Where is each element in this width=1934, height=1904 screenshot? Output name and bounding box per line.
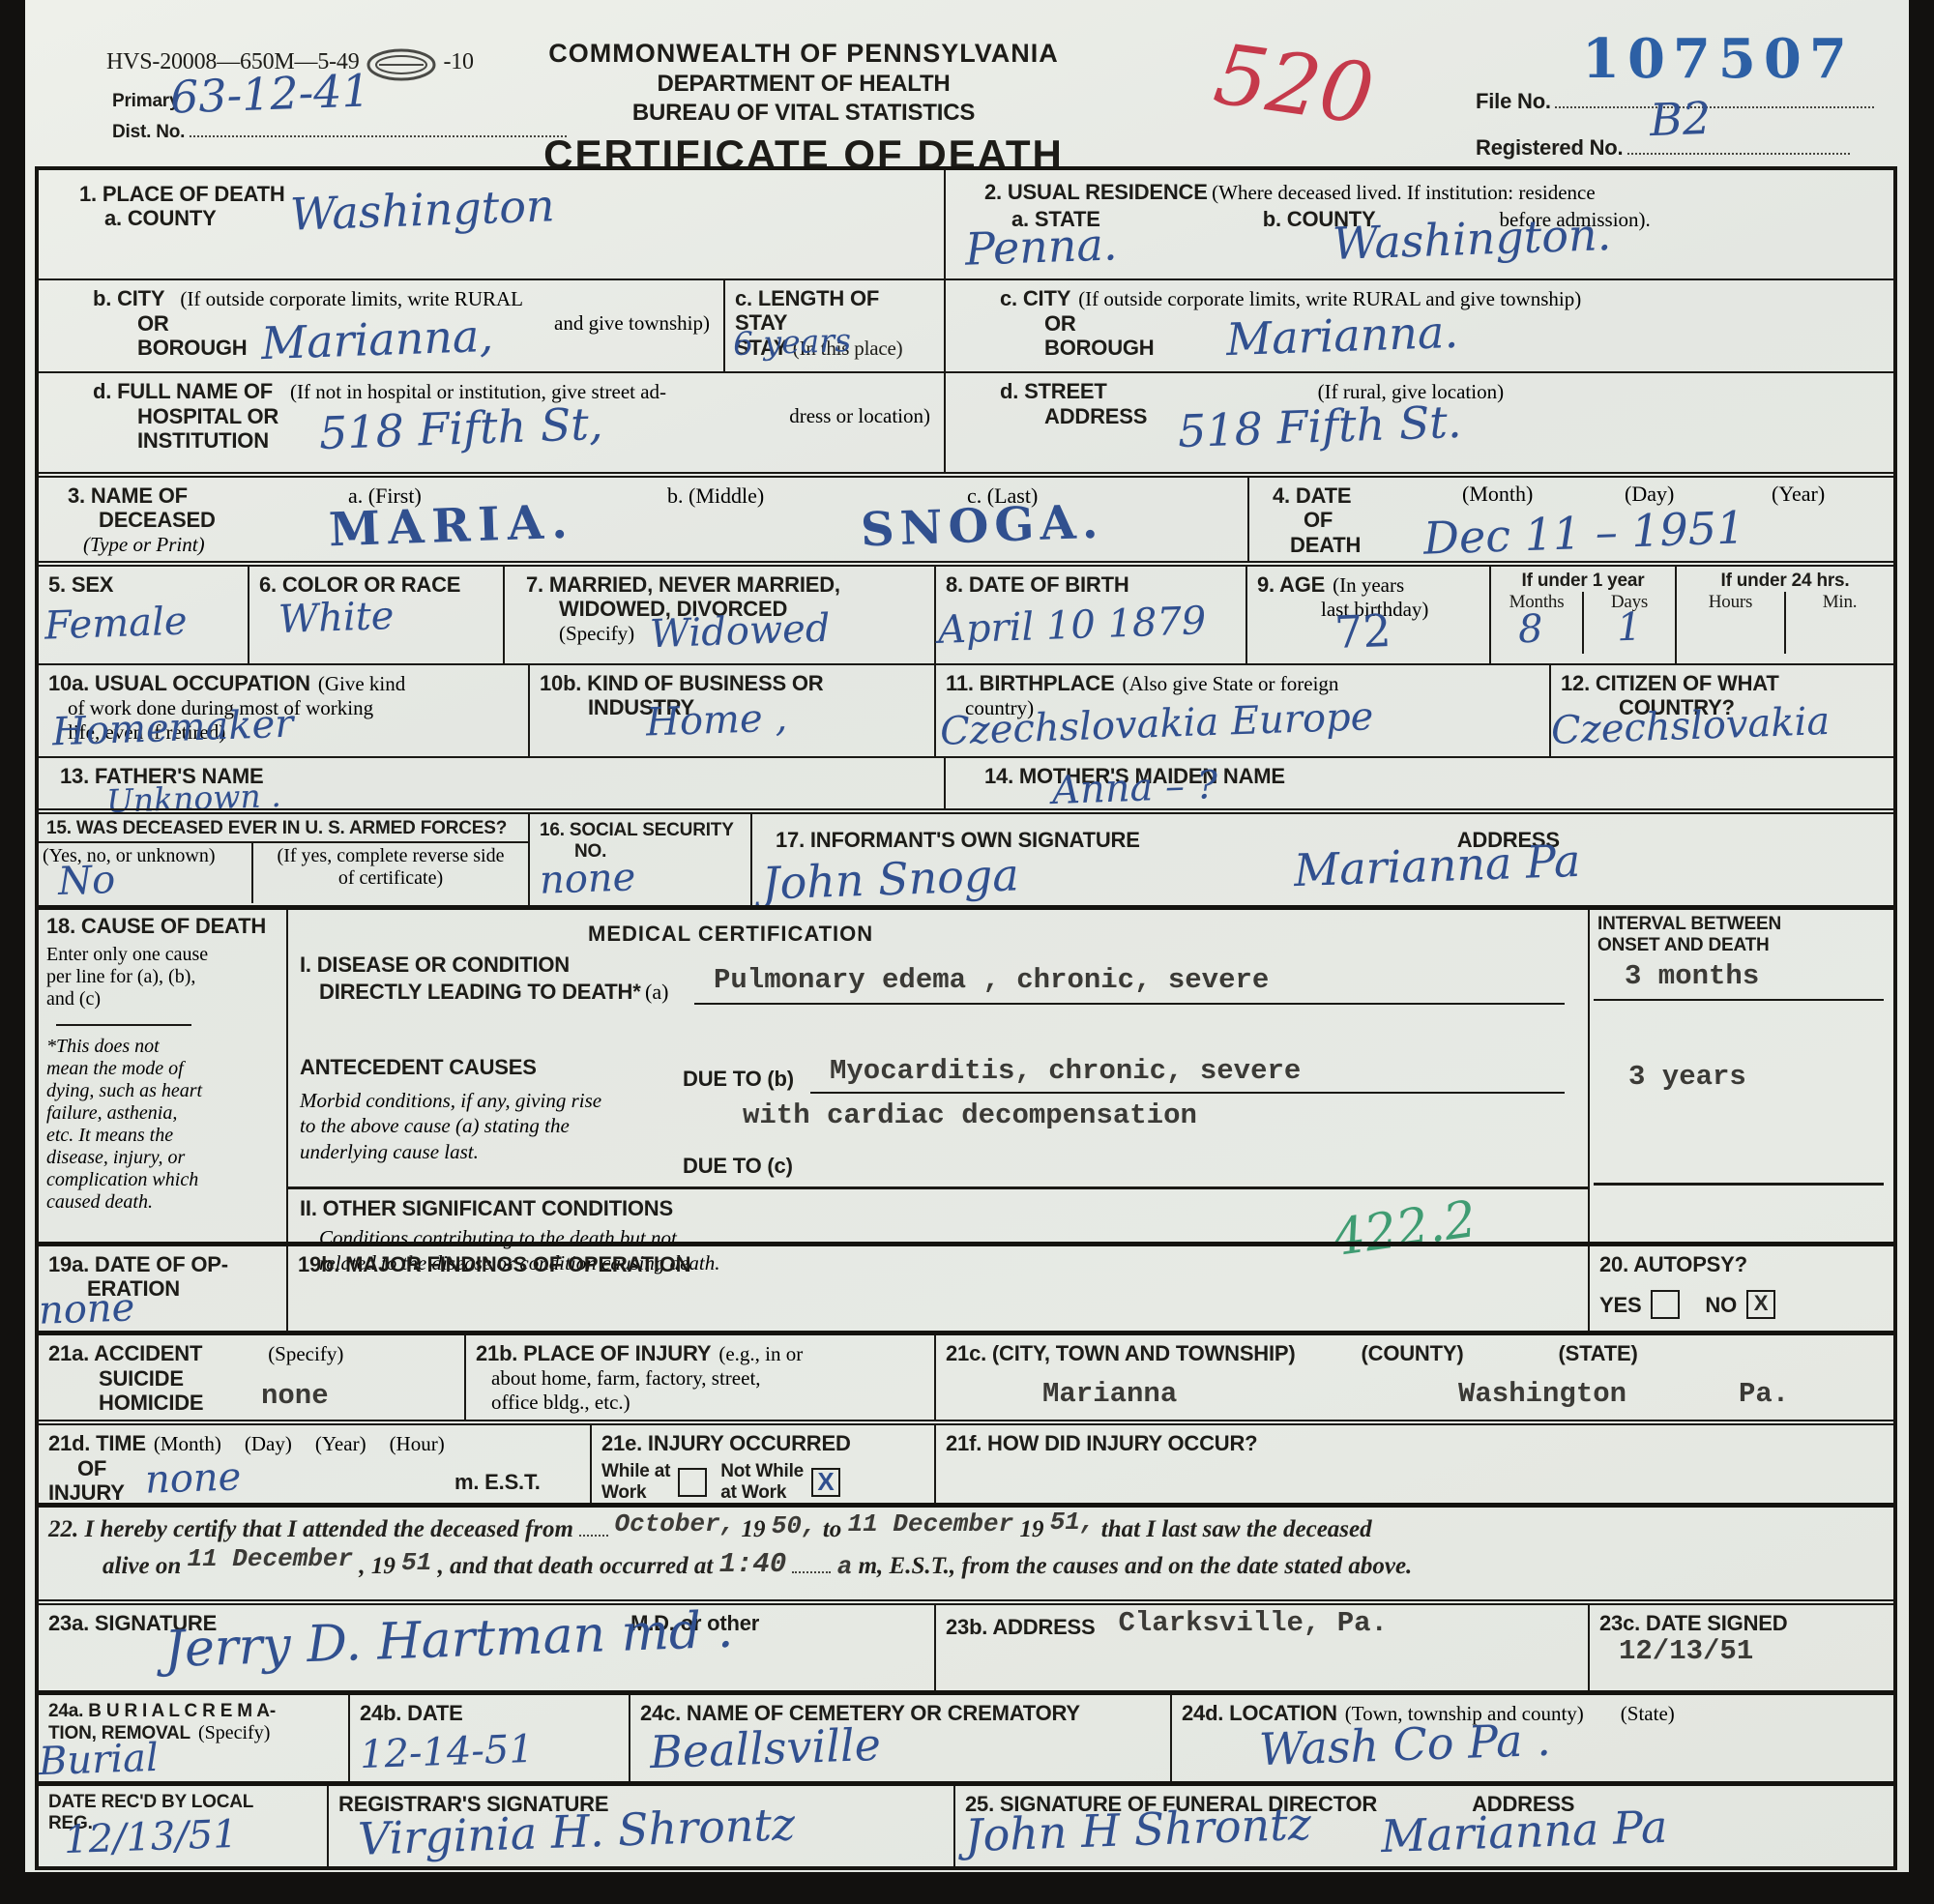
section-19a-date-of-operation: 19a. DATE OF OP- ERATION none xyxy=(39,1246,288,1331)
s22-leader-2 xyxy=(792,1558,831,1573)
section-4-date-of-death: 4. DATE OF DEATH (Month) (Day) (Year) De… xyxy=(1249,478,1893,561)
s24a-hint: (Specify) xyxy=(198,1722,270,1744)
s21d-month-label: (Month) xyxy=(154,1432,221,1456)
s18-note1-line3: and (c) xyxy=(46,988,278,1011)
section-21b-place-of-injury: 21b. PLACE OF INJURY (e.g., in or about … xyxy=(466,1335,936,1420)
s22-alive-typed: 11 December xyxy=(188,1544,354,1573)
s9-under-1-year: If under 1 year Months 8 Days 1 xyxy=(1491,567,1677,663)
section-9-age: 9. AGE (In years last birthday) 72 xyxy=(1247,567,1491,663)
s5-value-handwritten: Female xyxy=(44,601,187,646)
s1d-hospital-or-institution: d. FULL NAME OF (If not in hospital or i… xyxy=(39,373,946,472)
s18-a-value-typed: Pulmonary edema , chronic, severe xyxy=(714,964,1269,996)
s22-from-year-typed: 50, xyxy=(772,1511,817,1540)
s21b-hint-1: (e.g., in or xyxy=(718,1342,803,1366)
s17-signature-handwritten: John Snoga xyxy=(762,853,1019,905)
s1d-hint-2: dress or location) xyxy=(789,404,930,428)
section-21f-how-injury-occurred: 21f. HOW DID INJURY OCCUR? xyxy=(936,1425,1893,1503)
s18-antecedent-label: ANTECEDENT CAUSES xyxy=(300,1055,537,1079)
s21e-label: 21e. INJURY OCCURRED xyxy=(601,1431,924,1455)
s21a-label-1: 21a. ACCIDENT xyxy=(48,1341,202,1365)
injury-while-at-work-checkbox xyxy=(678,1468,707,1497)
section-15-armed-forces: 15. WAS DECEASED EVER IN U. S. ARMED FOR… xyxy=(39,814,530,905)
s18-med-cert-title: MEDICAL CERTIFICATION xyxy=(588,922,873,946)
s5-label: 5. SEX xyxy=(48,572,238,597)
s18-morbid-text: Morbid conditions, if any, giving rise t… xyxy=(300,1088,601,1164)
s18-i-label-1: I. DISEASE OR CONDITION xyxy=(300,952,570,977)
s9-min-col: Min. xyxy=(1786,592,1893,654)
s22-text-8: , and that death occurred at xyxy=(438,1553,714,1579)
s18-note2-line6: disease, injury, or xyxy=(46,1147,278,1169)
s1d-label-1: d. FULL NAME OF xyxy=(93,379,273,403)
s9-hours-label: Hours xyxy=(1709,592,1752,612)
s24b-value-handwritten: 12-14-51 xyxy=(360,1730,534,1774)
s21c-city-typed: Marianna xyxy=(1042,1378,1177,1410)
scanned-death-certificate: { "header": { "form_no": "HVS-20008—650M… xyxy=(0,0,1934,1904)
s18-notes-divider xyxy=(56,1024,191,1026)
section-21e-injury-occurred: 21e. INJURY OCCURRED While at Work Not W… xyxy=(592,1425,936,1503)
section-8-date-of-birth: 8. DATE OF BIRTH April 10 1879 xyxy=(936,567,1247,663)
s11-hint-1: (Also give State or foreign xyxy=(1122,672,1338,696)
s-recd-label-1: DATE REC'D BY LOCAL xyxy=(48,1792,317,1813)
s23b-value-typed: Clarksville, Pa. xyxy=(1119,1607,1388,1639)
s2d-label-1: d. STREET xyxy=(1000,379,1107,403)
s1d-value-handwritten: 518 Fifth St, xyxy=(319,402,602,454)
s9-under-24-hrs: If under 24 hrs. Hours Min. xyxy=(1677,567,1893,663)
s2c-value-handwritten: Marianna. xyxy=(1226,309,1458,362)
s21d-year-label: (Year) xyxy=(315,1432,366,1456)
s22-time-typed: 1:40 xyxy=(719,1548,787,1580)
s9-label: 9. AGE xyxy=(1257,572,1325,597)
s21b-label: 21b. PLACE OF INJURY xyxy=(476,1341,711,1365)
section-25-funeral-director: 25. SIGNATURE OF FUNERAL DIRECTOR ADDRES… xyxy=(955,1786,1893,1866)
s-recd-value-handwritten: 12/13/51 xyxy=(64,1815,238,1860)
s19a-label-1: 19a. DATE OF OP- xyxy=(48,1252,277,1276)
s22-text-1: 22. I hereby certify that I attended the… xyxy=(48,1516,573,1542)
section-11-birthplace: 11. BIRTHPLACE (Also give State or forei… xyxy=(936,665,1551,756)
s1c-value-handwritten: 6 years xyxy=(733,323,851,361)
s18-interval-label-2: ONSET AND DEATH xyxy=(1597,935,1886,956)
s18-i-label-2: DIRECTLY LEADING TO DEATH* (a) xyxy=(319,980,668,1005)
s18-b-value-typed-2: with cardiac decompensation xyxy=(743,1099,1197,1131)
s18-interval-label-1: INTERVAL BETWEEN xyxy=(1597,914,1886,935)
s7-value-handwritten: Widowed xyxy=(650,609,830,654)
s3c-last-name-handwritten: SNOGA. xyxy=(861,499,1103,553)
s22-text-3: to xyxy=(823,1516,841,1542)
section-24c-cemetery: 24c. NAME OF CEMETERY OR CREMATORY Beall… xyxy=(630,1695,1172,1781)
section-10b-business: 10b. KIND OF BUSINESS OR INDUSTRY Home , xyxy=(530,665,936,756)
section-10a-occupation: 10a. USUAL OCCUPATION (Give kind of work… xyxy=(39,665,530,756)
s9-under24-label: If under 24 hrs. xyxy=(1677,567,1893,592)
s18-note2-line2: mean the mode of xyxy=(46,1058,278,1080)
file-no-label: File No. xyxy=(1476,89,1551,113)
s2-title: 2. USUAL RESIDENCE xyxy=(984,180,1208,204)
s1b-hint-1: (If outside corporate limits, write RURA… xyxy=(180,287,523,311)
section-6-color-or-race: 6. COLOR OR RACE White xyxy=(249,567,505,663)
s21d-label-1: 21d. TIME xyxy=(48,1431,146,1455)
s18-a-blank-line xyxy=(694,1003,1565,1005)
s1b-value-handwritten: Marianna, xyxy=(261,313,493,366)
s1b-hint-2: and give township) xyxy=(554,311,710,336)
s21e-while-label: While at Work xyxy=(601,1461,670,1504)
s15-label: 15. WAS DECEASED EVER IN U. S. ARMED FOR… xyxy=(39,814,528,841)
s-registrar-value-handwritten: Virginia H. Shrontz xyxy=(358,1805,795,1858)
red-number-handwritten: 520 xyxy=(1215,37,1373,133)
section-21a-accident-suicide-homicide: 21a. ACCIDENT (Specify) SUICIDE HOMICIDE… xyxy=(39,1335,466,1420)
s9-months-value-handwritten: 8 xyxy=(1518,607,1542,652)
s18-b-interval-typed: 3 years xyxy=(1628,1061,1746,1093)
s22-to-year-typed: 51, xyxy=(1050,1508,1096,1537)
section-20-autopsy: 20. AUTOPSY? YES NO X xyxy=(1590,1246,1893,1331)
s9-value-handwritten: 72 xyxy=(1334,605,1392,658)
s22-text-9: m, E.S.T., from the causes and on the da… xyxy=(859,1553,1413,1579)
s18-interval-line-1 xyxy=(1594,999,1884,1001)
section-13-fathers-name: 13. FATHER'S NAME Unknown . xyxy=(39,758,946,808)
s3a-first-name-handwritten: MARIA. xyxy=(329,499,575,553)
section-23a-signature: 23a. SIGNATURE M.D. or other Jerry D. Ha… xyxy=(39,1605,936,1690)
s2d-label-2: ADDRESS xyxy=(1044,404,1884,428)
section-5-sex: 5. SEX Female xyxy=(39,567,249,663)
s21d-est-label: m. E.S.T. xyxy=(454,1470,541,1494)
s18-due-to-b-label: DUE TO (b) xyxy=(683,1067,794,1091)
section-date-received: DATE REC'D BY LOCAL REG. 12/13/51 xyxy=(39,1786,329,1866)
s25-address-handwritten: Marianna Pa xyxy=(1381,1805,1667,1858)
s18-b-value-typed-1: Myocarditis, chronic, severe xyxy=(830,1055,1301,1087)
s24a-value-handwritten: Burial xyxy=(39,1738,159,1782)
section-14-mothers-maiden-name: 14. MOTHER'S MAIDEN NAME Anna – ? xyxy=(946,758,1893,808)
s21a-hint: (Specify) xyxy=(268,1342,343,1366)
s22-from-typed: October, xyxy=(614,1509,735,1538)
s18-a-interval-typed: 3 months xyxy=(1625,960,1759,992)
s2c-or: OR xyxy=(1044,311,1884,336)
s2c-borough: BOROUGH xyxy=(1044,336,1884,360)
s23a-signature-handwritten: Jerry D. Hartman md . xyxy=(164,1611,733,1669)
section-2-usual-residence: 2. USUAL RESIDENCE (Where deceased lived… xyxy=(946,170,1893,278)
s18-b-blank-line xyxy=(810,1092,1565,1094)
s21e-notwhile-label: Not While at Work xyxy=(720,1461,804,1504)
s20-yes-label: YES xyxy=(1599,1293,1641,1317)
s10a-hint-1: (Give kind xyxy=(318,672,405,696)
s18-a-tag: (a) xyxy=(645,980,668,1004)
s9-hours-col: Hours xyxy=(1677,592,1786,654)
s24c-value-handwritten: Beallsville xyxy=(650,1722,881,1774)
certificate-paper: HVS-20008—650M—5-49 -10 Primary Dist. No… xyxy=(25,0,1909,1872)
s21c-label: 21c. (CITY, TOWN AND TOWNSHIP) xyxy=(946,1341,1296,1365)
section-12-citizen: 12. CITIZEN OF WHAT COUNTRY? Czechslovak… xyxy=(1551,665,1893,756)
section-21c-city-county-state: 21c. (CITY, TOWN AND TOWNSHIP) (COUNTY) … xyxy=(936,1335,1893,1420)
s16-value-handwritten: none xyxy=(540,857,635,901)
department-line: DEPARTMENT OF HEALTH xyxy=(465,71,1142,98)
autopsy-no-checkbox: X xyxy=(1746,1290,1775,1319)
s16-label-1: 16. SOCIAL SECURITY xyxy=(540,820,741,841)
s15-value-handwritten: No xyxy=(58,859,115,903)
s15-yes-no-col: (Yes, no, or unknown) No xyxy=(39,843,253,903)
s2d-value-handwritten: 518 Fifth St. xyxy=(1178,400,1461,453)
s10b-label-1: 10b. KIND OF BUSINESS OR xyxy=(540,671,924,695)
s14-value-handwritten: Anna – ? xyxy=(1052,766,1217,810)
registered-no-handwritten: B2 xyxy=(1650,93,1711,145)
s18-note2-line7: complication which xyxy=(46,1169,278,1191)
certificate-header: HVS-20008—650M—5-49 -10 Primary Dist. No… xyxy=(25,0,1909,166)
s23c-value-typed: 12/13/51 xyxy=(1619,1635,1884,1667)
s2b-county-value-handwritten: Washington. xyxy=(1333,213,1611,265)
s21c-county-typed: Washington xyxy=(1458,1378,1626,1410)
s9-under1-label: If under 1 year xyxy=(1491,567,1675,592)
s21b-hint-2: about home, farm, factory, street, xyxy=(491,1366,924,1391)
s9-days-value-handwritten: 1 xyxy=(1617,605,1641,650)
file-number-stamp: 107507 xyxy=(1582,27,1855,91)
section-19b-major-findings: 19b. MAJOR FINDINGS OF OPERATION xyxy=(288,1246,1590,1331)
s17-label: 17. INFORMANT'S OWN SIGNATURE xyxy=(776,828,1140,852)
s8-value-handwritten: April 10 1879 xyxy=(938,603,1206,648)
section-23b-address: 23b. ADDRESS Clarksville, Pa. xyxy=(936,1605,1590,1690)
s4-value-handwritten: Dec 11 – 1951 xyxy=(1423,507,1744,559)
s1b-city-or-borough: b. CITY (If outside corporate limits, wr… xyxy=(39,280,725,371)
registered-label: Registered No. xyxy=(1476,135,1623,160)
s21c-state-label: (STATE) xyxy=(1558,1341,1637,1365)
s24a-label-1: 24a. B U R I A L C R E M A- xyxy=(48,1701,338,1722)
bureau-line: BUREAU OF VITAL STATISTICS xyxy=(465,100,1142,127)
agency-block: COMMONWEALTH OF PENNSYLVANIA DEPARTMENT … xyxy=(465,39,1142,179)
s22-text-2: 19 xyxy=(742,1516,766,1542)
s3b-label: b. (Middle) xyxy=(667,483,764,509)
s10b-value-handwritten: Home , xyxy=(646,698,787,743)
s19a-value-handwritten: none xyxy=(39,1287,134,1332)
injury-not-while-at-work-checkbox: X xyxy=(811,1468,840,1497)
file-no-blank xyxy=(1555,91,1874,108)
section-16-social-security: 16. SOCIAL SECURITY NO. none xyxy=(530,814,752,905)
section-18-notes-column: 18. CAUSE OF DEATH Enter only one cause … xyxy=(39,910,288,1242)
s22-to-typed: 11 December xyxy=(848,1509,1014,1538)
s19b-label: 19b. MAJOR FINDINGS OF OPERATION xyxy=(298,1252,1578,1276)
s10a-value-handwritten: Homemaker xyxy=(52,706,293,750)
s22-leader-1 xyxy=(579,1521,608,1537)
s12-label-1: 12. CITIZEN OF WHAT xyxy=(1561,671,1884,695)
s9-months-col: Months 8 xyxy=(1491,592,1584,654)
s21a-value-typed: none xyxy=(261,1380,329,1412)
section-1-place-of-death: 1. PLACE OF DEATH a. COUNTY Washington xyxy=(39,170,946,278)
s18-ii-label: II. OTHER SIGNIFICANT CONDITIONS xyxy=(300,1196,673,1220)
s4-month-label: (Month) xyxy=(1462,482,1533,507)
s15-if-yes-col: (If yes, complete reverse side of certif… xyxy=(253,843,528,903)
s21c-county-label: (COUNTY) xyxy=(1362,1341,1464,1365)
s18-note2-line1: *This does not xyxy=(46,1036,278,1058)
s18-note1-line2: per line for (a), (b), xyxy=(46,966,278,988)
s9-min-label: Min. xyxy=(1823,592,1858,612)
s21d-value-handwritten: none xyxy=(145,1456,241,1501)
s22-text-5: that I last saw the deceased xyxy=(1101,1516,1372,1542)
s4-year-label: (Year) xyxy=(1772,482,1825,507)
s2c-label: c. CITY xyxy=(1000,286,1070,310)
certificate-body: 1. PLACE OF DEATH a. COUNTY Washington 2… xyxy=(35,166,1897,1870)
section-23c-date-signed: 23c. DATE SIGNED 12/13/51 xyxy=(1590,1605,1893,1690)
s1d-hint-1: (If not in hospital or institution, give… xyxy=(290,380,666,404)
section-24b-date: 24b. DATE 12-14-51 xyxy=(350,1695,630,1781)
s21d-day-label: (Day) xyxy=(245,1432,292,1456)
s18-label: 18. CAUSE OF DEATH xyxy=(46,914,278,938)
s6-value-handwritten: White xyxy=(278,596,394,640)
s2-hint-1: (Where deceased lived. If institution: r… xyxy=(1212,181,1596,204)
section-21d-time-of-injury: 21d. TIME (Month) (Day) (Year) (Hour) OF… xyxy=(39,1425,592,1503)
s2d-street-address: d. STREET (If rural, give location) ADDR… xyxy=(946,373,1893,472)
s8-label: 8. DATE OF BIRTH xyxy=(946,572,1236,597)
s23c-label: 23c. DATE SIGNED xyxy=(1599,1611,1884,1635)
s10a-label: 10a. USUAL OCCUPATION xyxy=(48,671,310,695)
section-7-marital-status: 7. MARRIED, NEVER MARRIED, WIDOWED, DIVO… xyxy=(505,567,936,663)
s22-text-6: alive on xyxy=(103,1553,181,1579)
s1a-county-value-handwritten: Washington xyxy=(290,184,555,236)
s18-c-divider-line xyxy=(288,1186,1590,1189)
s18-note2-line5: etc. It means the xyxy=(46,1125,278,1147)
s24d-value-handwritten: Wash Co Pa . xyxy=(1259,1718,1551,1771)
s2c-hint: (If outside corporate limits, write RURA… xyxy=(1078,287,1581,311)
s9-days-col: Days 1 xyxy=(1584,592,1675,654)
section-22-certification: 22. I hereby certify that I attended the… xyxy=(39,1508,1893,1599)
s22-alive-year-typed: 51 xyxy=(401,1548,431,1577)
s17-address-handwritten: Marianna Pa xyxy=(1294,839,1580,892)
s23b-label: 23b. ADDRESS xyxy=(946,1615,1096,1639)
s25-signature-handwritten: John H Shrontz xyxy=(965,1803,1311,1856)
commonwealth-line: COMMONWEALTH OF PENNSYLVANIA xyxy=(465,39,1142,69)
s22-text-7: , 19 xyxy=(359,1553,396,1579)
s11-label: 11. BIRTHPLACE xyxy=(946,671,1114,695)
s2c-city-or-borough: c. CITY (If outside corporate limits, wr… xyxy=(946,280,1893,371)
s1b-label: b. CITY xyxy=(93,286,164,310)
section-18-interval-column: INTERVAL BETWEEN ONSET AND DEATH 3 month… xyxy=(1590,910,1893,1242)
allied-printing-seal-icon xyxy=(366,46,437,83)
dist-no-value-handwritten: 63-12-41 xyxy=(170,68,370,120)
s20-label: 20. AUTOPSY? xyxy=(1599,1252,1884,1276)
s18-interval-line-2 xyxy=(1594,1183,1884,1186)
section-3-name-of-deceased: 3. NAME OF DECEASED (Type or Print) a. (… xyxy=(39,478,1249,561)
section-registrar-signature: REGISTRAR'S SIGNATURE Virginia H. Shront… xyxy=(329,1786,955,1866)
section-17-informant: 17. INFORMANT'S OWN SIGNATURE ADDRESS Jo… xyxy=(752,814,1893,905)
autopsy-yes-checkbox xyxy=(1651,1290,1680,1319)
s21b-hint-3: office bldg., etc.) xyxy=(491,1391,924,1415)
s2a-state-value-handwritten: Penna. xyxy=(965,220,1117,273)
s11-value-handwritten: Czechslovakia Europe xyxy=(940,702,1373,747)
section-18-medical-certification: MEDICAL CERTIFICATION I. DISEASE OR COND… xyxy=(288,910,1590,1242)
s18-due-to-c-label: DUE TO (c) xyxy=(683,1154,793,1178)
s1c-length-of-stay: c. LENGTH OF STAY STAY (In this place) 6… xyxy=(725,280,946,371)
s15-hint-2: (If yes, complete reverse side xyxy=(259,845,522,867)
s21d-hour-label: (Hour) xyxy=(390,1432,445,1456)
s9-hint-1: (In years xyxy=(1333,573,1404,598)
s6-label: 6. COLOR OR RACE xyxy=(259,572,493,597)
s24d-state-label: (State) xyxy=(1621,1702,1675,1726)
s22-ampm-typed: a xyxy=(837,1552,853,1581)
s18-note1-line1: Enter only one cause xyxy=(46,944,278,966)
section-24a-burial: 24a. B U R I A L C R E M A- TION, REMOVA… xyxy=(39,1695,350,1781)
s18-note2-line3: dying, such as heart xyxy=(46,1080,278,1102)
s7-label-1: 7. MARRIED, NEVER MARRIED, xyxy=(526,572,924,597)
s18-note2-line8: caused death. xyxy=(46,1191,278,1214)
s22-text-4: 19 xyxy=(1019,1516,1043,1542)
s21f-label: 21f. HOW DID INJURY OCCUR? xyxy=(946,1431,1884,1455)
s15-hint-3: of certificate) xyxy=(259,867,522,890)
s21c-state-typed: Pa. xyxy=(1739,1378,1789,1410)
s20-no-label: NO xyxy=(1705,1293,1737,1317)
s18-note2-line4: failure, asthenia, xyxy=(46,1102,278,1125)
s24b-label: 24b. DATE xyxy=(360,1701,619,1725)
s12-value-handwritten: Czechslovakia xyxy=(1551,704,1830,748)
dist-no-label: Dist. No. xyxy=(112,122,185,142)
section-24d-location: 24d. LOCATION (Town, township and county… xyxy=(1172,1695,1893,1781)
